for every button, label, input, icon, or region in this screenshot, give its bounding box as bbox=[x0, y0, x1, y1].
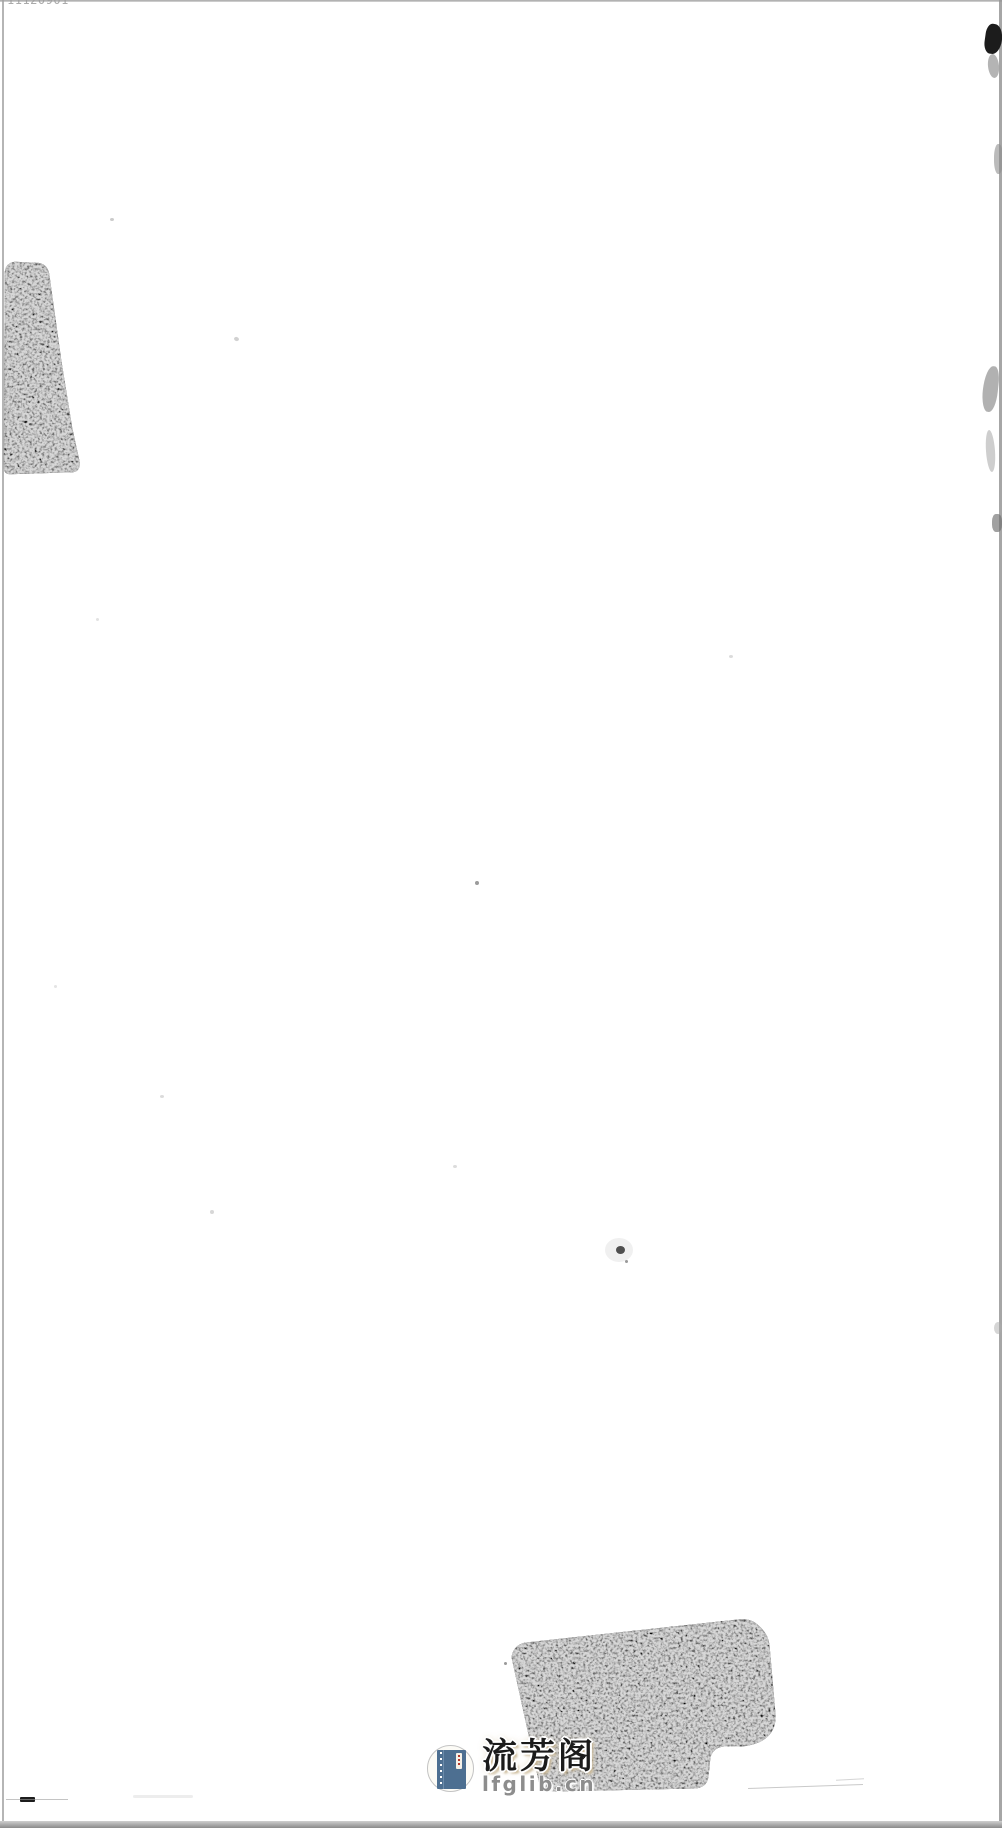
ink-speck bbox=[625, 1260, 628, 1263]
book-cover bbox=[437, 1750, 466, 1789]
ink-speck bbox=[475, 881, 479, 885]
book-stitch-dots bbox=[440, 1752, 442, 1787]
edge-ink-mark bbox=[994, 1322, 1002, 1334]
ink-speck bbox=[453, 1165, 457, 1168]
ink-speck bbox=[210, 1210, 214, 1214]
ink-speck bbox=[233, 336, 239, 341]
smudge bbox=[133, 1795, 193, 1798]
scratch-line bbox=[6, 1799, 68, 1800]
edge-ink-mark bbox=[981, 365, 1001, 412]
edge-ink-mark bbox=[985, 430, 997, 473]
scanned-page: 11120901 bbox=[0, 0, 1002, 1828]
scratch-line bbox=[836, 1778, 864, 1780]
book-title-glyphs bbox=[458, 1755, 460, 1767]
ink-speck bbox=[54, 985, 57, 988]
ink-speck bbox=[160, 1095, 164, 1098]
scan-number: 11120901 bbox=[7, 0, 69, 7]
book-edge-line bbox=[443, 1750, 444, 1789]
book-title-label bbox=[456, 1753, 462, 1769]
ink-speck bbox=[110, 218, 114, 221]
watermark-site-name: 流芳阁 bbox=[482, 1738, 596, 1776]
watermark-site-url: lfglib.cn bbox=[482, 1774, 596, 1794]
edge-ink-mark bbox=[994, 144, 1002, 174]
page-edge-bottom bbox=[0, 1821, 1002, 1828]
book-icon bbox=[427, 1745, 474, 1792]
ink-speck bbox=[729, 655, 733, 658]
ink-blob-left bbox=[0, 256, 92, 482]
watermark-text: 流芳阁 lfglib.cn bbox=[482, 1738, 596, 1794]
ink-speck bbox=[96, 618, 99, 621]
page-edge-top bbox=[0, 0, 1002, 2]
ink-speck bbox=[616, 1246, 625, 1254]
edge-ink-mark bbox=[992, 514, 1002, 532]
